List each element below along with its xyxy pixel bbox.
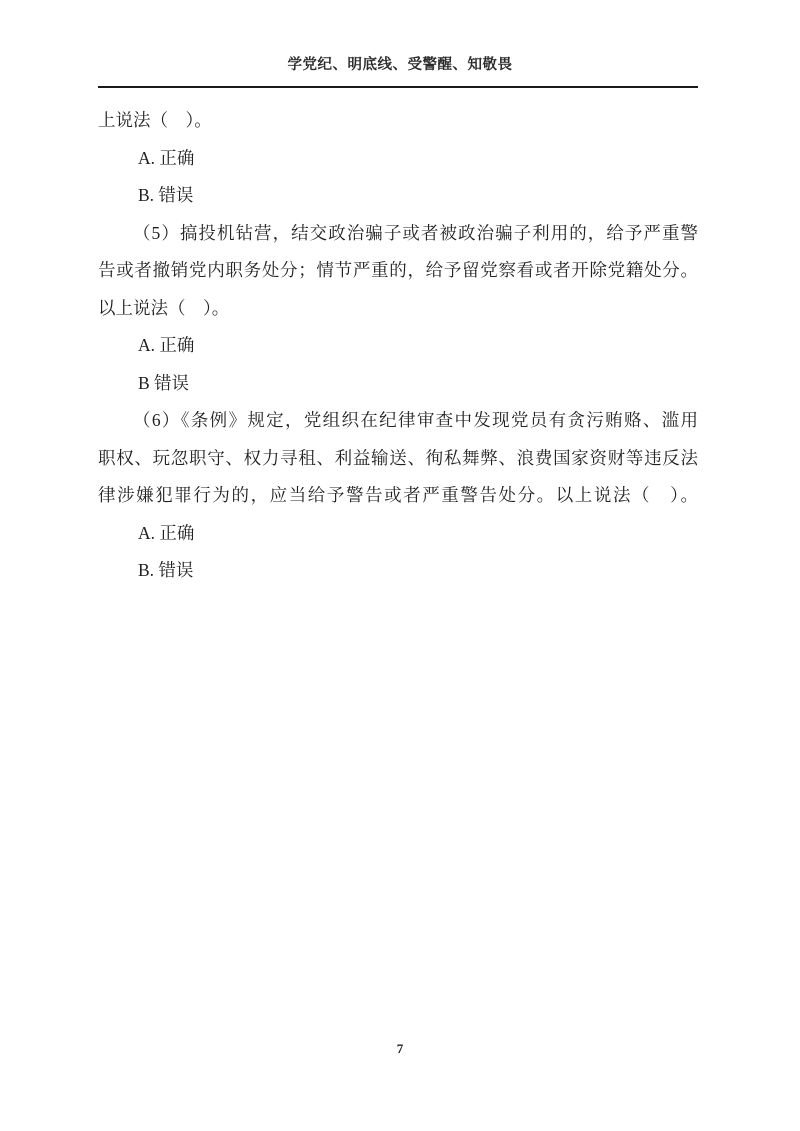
- header-rule: [98, 86, 698, 88]
- page-number: 7: [397, 1041, 404, 1056]
- page-footer: 7: [0, 1041, 800, 1057]
- q5-option-b: B 错误: [98, 365, 698, 403]
- q4-option-b: B. 错误: [98, 177, 698, 215]
- q4-option-a: A. 正确: [98, 140, 698, 178]
- header-title: 学党纪、明底线、受警醒、知敬畏: [0, 53, 800, 74]
- question-5-line-1: （5）搞投机钻营，结交政治骗子或者被政治骗子利用的，给予严重警: [98, 215, 698, 253]
- q5-option-a: A. 正确: [98, 327, 698, 365]
- document-page: 学党纪、明底线、受警醒、知敬畏 上说法（ ）。 A. 正确 B. 错误 （5）搞…: [0, 0, 800, 1131]
- question-6-line-3: 律涉嫌犯罪行为的，应当给予警告或者严重警告处分。以上说法（ ）。: [98, 477, 698, 515]
- question-4-statement-end: 上说法（ ）。: [98, 102, 698, 140]
- question-5-line-3: 以上说法（ ）。: [98, 290, 698, 328]
- page-body: 上说法（ ）。 A. 正确 B. 错误 （5）搞投机钻营，结交政治骗子或者被政治…: [98, 102, 698, 590]
- q6-option-b: B. 错误: [98, 552, 698, 590]
- question-6-line-1: （6）《条例》规定，党组织在纪律审查中发现党员有贪污贿赂、滥用: [98, 402, 698, 440]
- question-6-line-2: 职权、玩忽职守、权力寻租、利益输送、徇私舞弊、浪费国家资财等违反法: [98, 440, 698, 478]
- q6-option-a: A. 正确: [98, 515, 698, 553]
- question-5-line-2: 告或者撤销党内职务处分；情节严重的，给予留党察看或者开除党籍处分。: [98, 252, 698, 290]
